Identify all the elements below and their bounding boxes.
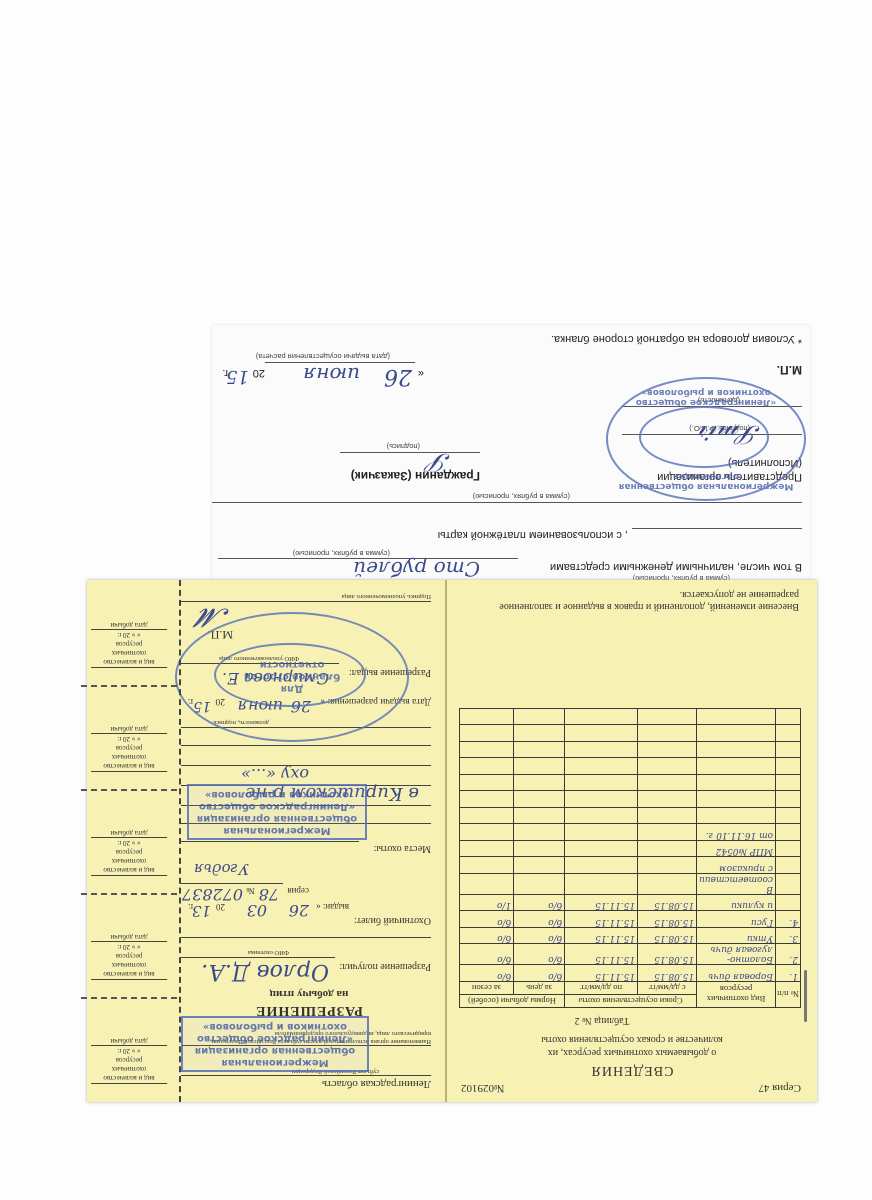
stub-line2: охотничьих	[81, 856, 177, 865]
table-cell-season: 1/о	[460, 895, 514, 912]
col-resource-header: Вид охотничьих ресурсов	[697, 982, 776, 1008]
table-cell-from	[638, 709, 697, 726]
table-cell-from	[638, 824, 697, 841]
table-cell-to	[565, 824, 638, 841]
table-row: 3.Утки15.08.1515.11.15б/об/о	[460, 928, 801, 945]
table-cell-to	[565, 758, 638, 775]
table-cell-resource: Утки	[697, 928, 776, 945]
table-cell-day	[514, 857, 565, 874]
table-row	[460, 742, 801, 759]
stub-line2: охотничьих	[81, 1064, 177, 1073]
receipt-date-caption: (дата выдачи осуществления расчета)	[256, 352, 390, 361]
table-cell-season	[460, 841, 514, 858]
document-upright-frame: В том числе, наличными денежными средств…	[0, 0, 872, 1200]
stub: вид и количествоохотничьихресурсов« » 20…	[81, 894, 177, 998]
table-cell-day	[514, 758, 565, 775]
table-cell-resource	[697, 775, 776, 792]
table-cell-day: б/о	[514, 895, 565, 912]
table-cell-to: 15.11.15	[565, 965, 638, 982]
table-cell-to	[565, 742, 638, 759]
ticket-series: 78	[259, 885, 279, 904]
receipt-date-year: 15	[226, 366, 249, 387]
stub-date: « » 20 г.	[91, 629, 167, 639]
table-cell-day	[514, 775, 565, 792]
table-cell-resource	[697, 742, 776, 759]
table-cell-to: 15.11.15	[565, 944, 638, 965]
receipt-round-stamp: Межрегиональная общественная организация…	[606, 377, 806, 501]
stub-line2: охотничьих	[81, 648, 177, 657]
table-cell-to	[565, 808, 638, 825]
stub-line1: вид и количество	[91, 865, 167, 876]
hunting-place-line-6	[181, 745, 431, 746]
resources-table: № п/п Вид охотничьих ресурсов Сроки осущ…	[459, 708, 801, 1008]
stub-line3: ресурсов	[81, 1055, 177, 1064]
stub-spacer	[81, 668, 177, 686]
stub-spacer	[81, 772, 177, 790]
table-cell-to	[565, 709, 638, 726]
stub-date-caption: дата добычи	[81, 932, 177, 941]
rect-stamp-line-1: Межрегиональная	[193, 824, 361, 836]
table-cell-num: 1.	[776, 965, 801, 982]
rect-stamp-line-4: охотников и рыболовов»	[187, 1020, 363, 1032]
recipient-line-2	[181, 937, 431, 938]
citizen-label: Гражданин (Заказчик)	[351, 469, 480, 483]
table-row: МПР №0542	[460, 841, 801, 858]
table-cell-resource	[697, 709, 776, 726]
table-row	[460, 758, 801, 775]
recipient-line	[181, 957, 335, 958]
table-cell-to	[565, 791, 638, 808]
hunting-place-handwritten-3: оху «...»	[241, 765, 309, 784]
col-from-header: с дд/мм/гг	[638, 982, 697, 995]
table-cell-num	[776, 824, 801, 841]
table-cell-num	[776, 775, 801, 792]
table-cell-num: 3.	[776, 928, 801, 945]
receipt-date-year-suffix: г.	[222, 367, 228, 379]
stub-spacer	[81, 876, 177, 894]
table-cell-from: 15.08.15	[638, 965, 697, 982]
table-cell-resource: Гуси	[697, 911, 776, 928]
receipt-stamp-text-2: «Ленинградское общество охотников и рыбо…	[608, 387, 804, 407]
table-cell-num	[776, 725, 801, 742]
table-cell-num	[776, 758, 801, 775]
info-subtitle-2: количестве и сроках осуществления охоты	[447, 1034, 817, 1045]
stub-line1: вид и количество	[91, 1073, 167, 1084]
sum-caption-3: (сумма в рублях, прописью)	[293, 549, 390, 558]
rect-stamp-line-3: «Ленинградское общество	[187, 1032, 363, 1044]
table-cell-to	[565, 775, 638, 792]
table-row: 2.Болотно-луговая дичь15.08.1515.11.15б/…	[460, 944, 801, 965]
table-cell-from	[638, 758, 697, 775]
table-caption: Таблица № 2	[447, 1015, 817, 1026]
issuer-subject: Ленинградская область	[322, 1078, 431, 1090]
table-cell-resource	[697, 791, 776, 808]
permit-number: №029102	[461, 1082, 505, 1094]
table-cell-day	[514, 808, 565, 825]
col-to-header: по дд/мм/гг	[565, 982, 638, 995]
table-cell-season	[460, 808, 514, 825]
stub-date: « » 20 г.	[91, 837, 167, 847]
stub: вид и количествоохотничьихресурсов« » 20…	[81, 998, 177, 1102]
stub-perforation	[179, 580, 181, 1102]
table-cell-from	[638, 841, 697, 858]
col-day-header: за день	[514, 982, 565, 995]
cash-handwritten: Сто рублей	[353, 557, 480, 581]
recipient-caption: ФИО охотника	[248, 949, 289, 956]
table-cell-day	[514, 874, 565, 895]
table-row: В соответствии	[460, 874, 801, 895]
table-cell-resource: МПР №0542	[697, 841, 776, 858]
info-title: СВЕДЕНИЯ	[447, 1062, 817, 1078]
stub: вид и количествоохотничьихресурсов« » 20…	[81, 686, 177, 790]
table-cell-from	[638, 808, 697, 825]
table-cell-to	[565, 874, 638, 895]
table-cell-resource: с приказом	[697, 857, 776, 874]
rect-stamp-line-1: Межрегиональная	[187, 1056, 363, 1068]
receipt-date-month: июня	[303, 363, 360, 387]
rect-stamp-top: Межрегиональная общественная организация…	[181, 1016, 369, 1072]
table-row	[460, 775, 801, 792]
table-cell-season	[460, 874, 514, 895]
stub-line1: вид и количество	[91, 761, 167, 772]
table-cell-resource: Болотно-луговая дичь	[697, 944, 776, 965]
table-cell-day: б/о	[514, 944, 565, 965]
citizen-signature-caption: (подпись)	[387, 442, 420, 451]
table-cell-from	[638, 725, 697, 742]
oval-stamp-inner-2: бланков строгой	[177, 671, 407, 682]
rect-stamp-middle: Межрегиональная общественная организация…	[187, 784, 367, 840]
table-cell-day	[514, 841, 565, 858]
stub-line2: охотничьих	[81, 752, 177, 761]
stub-spacer	[81, 1084, 177, 1102]
table-cell-season	[460, 791, 514, 808]
table-row: и кулики15.08.1515.11.15б/о1/о	[460, 895, 801, 912]
table-row: 1.Боровая дичь15.08.1515.11.15б/об/о	[460, 965, 801, 982]
ticket-issued-label: выдан: «	[316, 902, 349, 912]
stub-line3: ресурсов	[81, 743, 177, 752]
authorized-signature-line	[181, 601, 431, 602]
oval-stamp-inner-3: отчетности	[177, 659, 407, 670]
table-cell-resource: и кулики	[697, 895, 776, 912]
ticket-year: 13	[192, 902, 211, 920]
table-cell-resource: от 16.11.10 г.	[697, 824, 776, 841]
table-cell-num	[776, 857, 801, 874]
table-row	[460, 808, 801, 825]
table-cell-season: б/о	[460, 944, 514, 965]
receipt-date-line	[265, 362, 415, 363]
ticket-label: Охотничий билет:	[354, 915, 431, 926]
card-sum-line	[212, 502, 802, 503]
col-norms-header: Нормы добычи (особей)	[460, 995, 565, 1008]
page-fold-line	[445, 580, 447, 1102]
table-cell-to	[565, 725, 638, 742]
hunting-permit-form: Серия 47 №029102 СВЕДЕНИЯ о добываемых о…	[87, 580, 817, 1102]
receipt-stamp-text-1: Межрегиональная общественная организация	[608, 471, 804, 491]
table-cell-season	[460, 725, 514, 742]
ticket-number-line	[181, 883, 283, 884]
payment-receipt: В том числе, наличными денежными средств…	[212, 325, 810, 585]
table-cell-to: 15.11.15	[565, 895, 638, 912]
citizen-signature-line	[340, 452, 480, 453]
authorized-signature-caption: Подпись уполномоченного лица	[342, 593, 431, 600]
cash-label: В том числе, наличными денежными средств…	[550, 561, 802, 573]
table-cell-to: 15.11.15	[565, 911, 638, 928]
stub-date-caption: дата добычи	[81, 828, 177, 837]
stub: вид и количествоохотничьихресурсов« » 20…	[81, 790, 177, 894]
table-cell-season: б/о	[460, 928, 514, 945]
recipient-label: Разрешение получил:	[339, 961, 431, 972]
table-cell-day	[514, 824, 565, 841]
table-row: 4.Гуси15.08.1515.11.15б/об/о	[460, 911, 801, 928]
stub-date-caption: дата добычи	[81, 620, 177, 629]
ticket-number: 072837	[182, 885, 243, 904]
receipt-date-day: 26	[384, 364, 412, 389]
issuer-subject-line	[181, 1075, 431, 1076]
amendments-note: Внесение изменений, дополнений и правок …	[469, 588, 799, 612]
table-cell-season	[460, 709, 514, 726]
table-cell-from	[638, 857, 697, 874]
rect-stamp-line-3: «Ленинградское общество	[193, 800, 361, 812]
rect-stamp-line-2: общественная организация	[193, 812, 361, 824]
table-cell-day	[514, 709, 565, 726]
table-cell-num	[776, 808, 801, 825]
stub-line1: вид и количество	[91, 657, 167, 668]
table-cell-to	[565, 841, 638, 858]
hunting-place-line-1	[181, 841, 359, 842]
table-cell-season	[460, 758, 514, 775]
table-cell-num	[776, 791, 801, 808]
stub-line1: вид и количество	[91, 969, 167, 980]
recipient-handwritten: Орлов Д.А.	[201, 959, 329, 984]
table-row: с приказом	[460, 857, 801, 874]
permit-body: Ленинградская область субъект Российской…	[179, 580, 439, 1102]
table-cell-season	[460, 742, 514, 759]
hunting-place-label: Места охоты:	[374, 843, 431, 854]
conditions-note: * Условия договора на обратной стороне б…	[551, 333, 802, 345]
receipt-date-open-quote: «	[418, 367, 424, 379]
table-row	[460, 725, 801, 742]
col-num-header: № п/п	[776, 982, 801, 1008]
tear-off-stubs: вид и количествоохотничьихресурсов« » 20…	[81, 580, 179, 1102]
card-line-left	[632, 528, 802, 529]
stub-line3: ресурсов	[81, 951, 177, 960]
table-cell-from	[638, 874, 697, 895]
table-cell-from: 15.08.15	[638, 928, 697, 945]
oval-stamp-inner-1: Для	[177, 683, 407, 694]
rect-stamp-line-2: общественная организация	[187, 1044, 363, 1056]
table-row: от 16.11.10 г.	[460, 824, 801, 841]
table-cell-from: 15.08.15	[638, 911, 697, 928]
stub-date-caption: дата добычи	[81, 1036, 177, 1045]
hunting-place-line-5	[181, 765, 431, 766]
permit-subtitle: на добычу птиц	[179, 988, 439, 1000]
hunting-place-handwritten-1: Угодья	[194, 860, 249, 878]
receipt-date-year-prefix: 20	[253, 367, 265, 379]
citizen-signature: 𝒮	[430, 446, 450, 477]
table-cell-from	[638, 791, 697, 808]
card-payment-label: , с использованием платёжной карты	[438, 529, 628, 541]
stub-date: « » 20 г.	[91, 941, 167, 951]
stub-date: « » 20 г.	[91, 1045, 167, 1055]
table-cell-to: 15.11.15	[565, 928, 638, 945]
stub-date-caption: дата добычи	[81, 724, 177, 733]
scanned-document-page: В том числе, наличными денежными средств…	[0, 0, 872, 1200]
stub-line2: охотничьих	[81, 960, 177, 969]
table-cell-day	[514, 725, 565, 742]
permit-round-stamp: Для бланков строгой отчетности	[175, 612, 409, 742]
table-cell-to	[565, 857, 638, 874]
table-cell-day: б/о	[514, 965, 565, 982]
table-cell-day: б/о	[514, 911, 565, 928]
table-row	[460, 709, 801, 726]
table-cell-season	[460, 824, 514, 841]
receipt-stamp-inner-ring	[639, 406, 768, 468]
table-cell-resource: В соответствии	[697, 874, 776, 895]
table-cell-resource	[697, 758, 776, 775]
permit-info-page: Серия 47 №029102 СВЕДЕНИЯ о добываемых о…	[447, 580, 817, 1102]
table-cell-num	[776, 742, 801, 759]
table-cell-season	[460, 775, 514, 792]
table-cell-from: 15.08.15	[638, 944, 697, 965]
ticket-day: 26	[289, 901, 309, 920]
table-cell-day	[514, 791, 565, 808]
table-cell-num: 4.	[776, 911, 801, 928]
stub-spacer	[81, 980, 177, 998]
table-cell-season: б/о	[460, 911, 514, 928]
resources-table-body: 1.Боровая дичь15.08.1515.11.15б/об/о2.Бо…	[460, 709, 801, 982]
table-cell-from	[638, 775, 697, 792]
table-cell-day: б/о	[514, 928, 565, 945]
info-subtitle-1: о добываемых охотничьих ресурсах, их	[447, 1047, 817, 1058]
rect-stamp-line-4: охотников и рыболовов»	[193, 788, 361, 800]
table-cell-num: 2.	[776, 944, 801, 965]
col-period-header: Сроки осуществления охоты	[565, 995, 697, 1008]
table-cell-num	[776, 895, 801, 912]
table-cell-resource: Боровая дичь	[697, 965, 776, 982]
permit-series: Серия 47	[758, 1082, 801, 1094]
table-cell-num	[776, 841, 801, 858]
stub-date: « » 20 г.	[91, 733, 167, 743]
table-cell-num	[776, 874, 801, 895]
table-cell-from: 15.08.15	[638, 895, 697, 912]
sum-caption-1: (сумма в рублях, прописью)	[473, 492, 570, 501]
table-cell-season: б/о	[460, 965, 514, 982]
ticket-series-label: серия	[287, 886, 309, 896]
stub-line3: ресурсов	[81, 847, 177, 856]
table-cell-day	[514, 742, 565, 759]
ticket-number-label: №	[246, 886, 255, 896]
table-cell-resource	[697, 808, 776, 825]
permit-main-page: Ленинградская область субъект Российской…	[87, 580, 445, 1102]
receipt-stamp-place: М.П.	[777, 363, 802, 377]
table-cell-season	[460, 857, 514, 874]
table-cell-resource	[697, 725, 776, 742]
col-season-header: за сезон	[460, 982, 514, 995]
table-cell-num	[776, 709, 801, 726]
stub: вид и количествоохотничьихресурсов« » 20…	[81, 582, 177, 686]
table-row	[460, 791, 801, 808]
table-cell-from	[638, 742, 697, 759]
stub-line3: ресурсов	[81, 639, 177, 648]
